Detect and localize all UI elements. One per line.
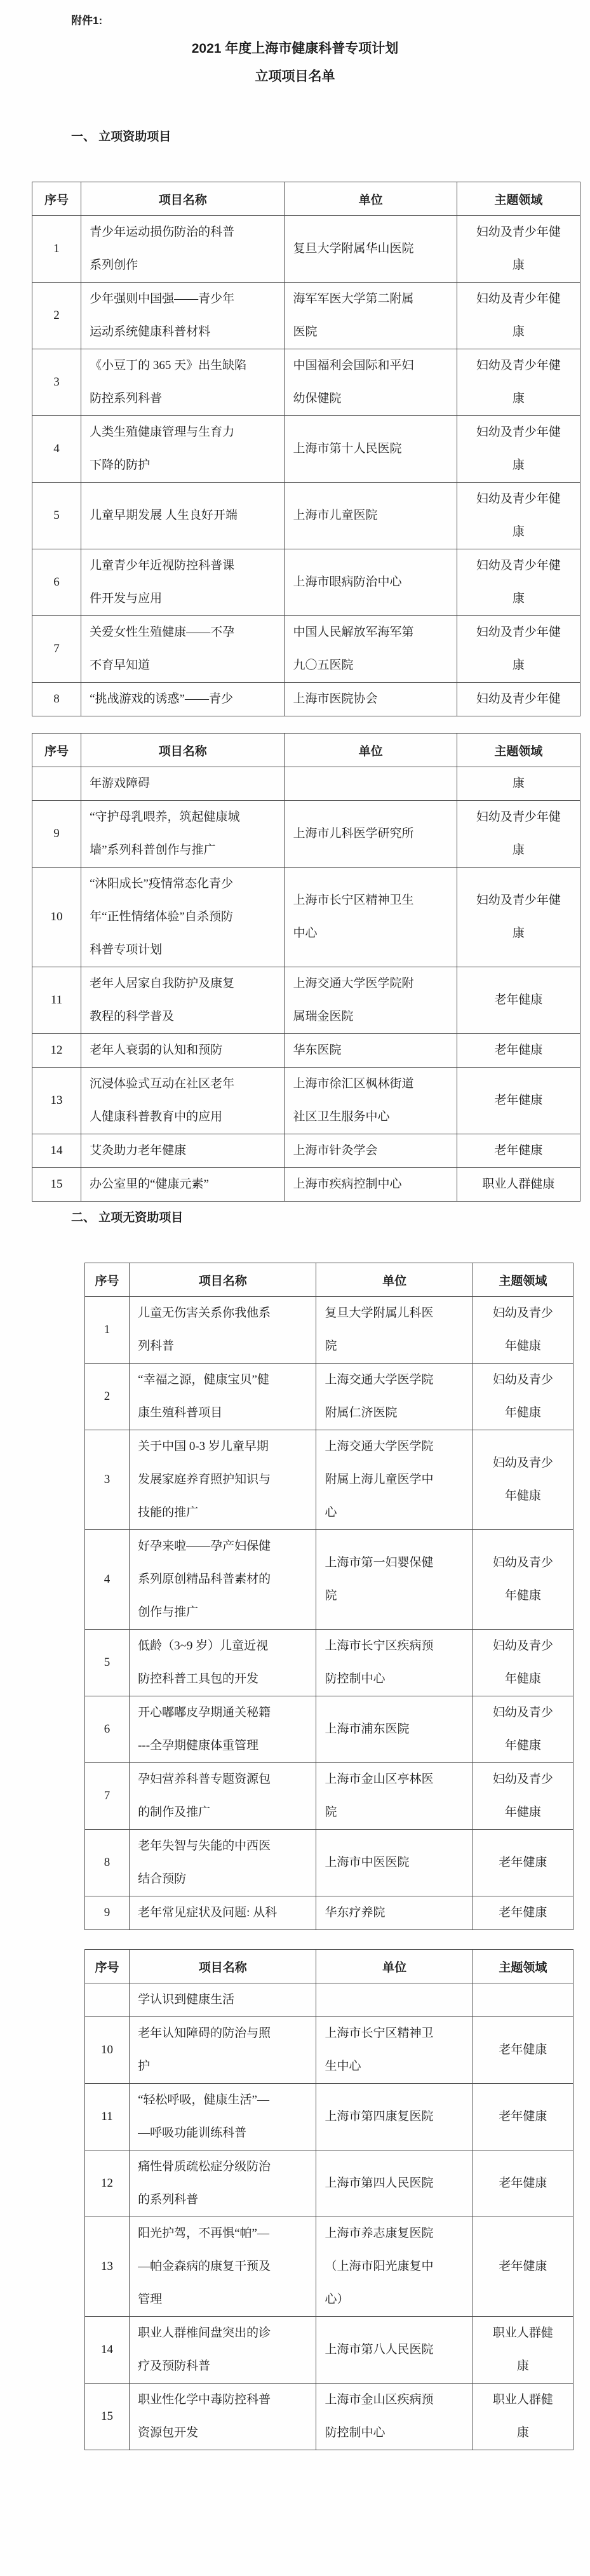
table-row: 5低龄（3~9 岁）儿童近视防控科普工具包的开发上海市长宁区疾病预防控制中心妇幼… xyxy=(85,1630,573,1696)
cell-unit: 复旦大学附属儿科医院 xyxy=(316,1297,473,1364)
cell-serial-number: 2 xyxy=(85,1364,130,1430)
cell-text-line: 8 xyxy=(85,1846,129,1879)
cell-text-line: 华东医院 xyxy=(285,1034,456,1067)
cell-text-line: 康生殖科普项目 xyxy=(130,1397,316,1430)
column-header: 单位 xyxy=(285,734,457,767)
cell-text-line: 1 xyxy=(32,232,81,265)
cell-unit: 上海市第八人民医院 xyxy=(316,2317,473,2384)
cell-text-line: 上海市第十人民医院 xyxy=(285,433,456,466)
cell-theme-area: 妇幼及青少年健康 xyxy=(457,801,580,868)
project-table: 序号项目名称单位主题领域1青少年运动损伤防治的科普系列创作复旦大学附属华山医院妇… xyxy=(32,182,580,716)
cell-serial-number: 4 xyxy=(85,1530,130,1630)
cell-text-line: “幸福之源，健康宝贝”健 xyxy=(130,1364,316,1397)
cell-serial-number: 10 xyxy=(32,868,81,967)
cell-text-line: 老年健康 xyxy=(473,2167,573,2200)
cell-text-line: 9 xyxy=(32,817,81,850)
cell-text-line: 防控科普工具包的开发 xyxy=(130,1663,316,1696)
cell-text-line: 1 xyxy=(85,1313,129,1346)
cell-theme-area: 职业人群健康 xyxy=(473,2317,573,2384)
cell-unit: 上海市针灸学会 xyxy=(285,1134,457,1168)
cell-text-line: 妇幼及青少年健 xyxy=(457,216,580,249)
cell-text-line: 老年健康 xyxy=(457,1134,580,1167)
cell-serial-number xyxy=(32,767,81,801)
cell-unit: 上海市金山区疾病预防控制中心 xyxy=(316,2384,473,2450)
cell-text-line: 妇幼及青少年健 xyxy=(457,549,580,582)
table-row: 6儿童青少年近视防控科普课件开发与应用上海市眼病防治中心妇幼及青少年健康 xyxy=(32,549,580,616)
cell-text-line: ---全孕期健康体重管理 xyxy=(130,1729,316,1762)
cell-theme-area: 老年健康 xyxy=(473,1830,573,1896)
cell-project-name: 儿童青少年近视防控科普课件开发与应用 xyxy=(81,549,285,616)
cell-unit: 海军军医大学第二附属医院 xyxy=(285,283,457,349)
cell-text-line: 上海市眼病防治中心 xyxy=(285,566,456,599)
cell-text-line: 下降的防护 xyxy=(81,449,284,482)
cell-text-line: 职业人群健 xyxy=(473,2317,573,2350)
cell-text-line: 妇幼及青少 xyxy=(473,1297,573,1330)
cell-text-line: 康 xyxy=(457,582,580,615)
cell-unit: 上海市养志康复医院（上海市阳光康复中心） xyxy=(316,2217,473,2317)
table-header-row: 序号项目名称单位主题领域 xyxy=(32,182,580,216)
cell-serial-number: 14 xyxy=(32,1134,81,1168)
cell-text-line: 2 xyxy=(32,299,81,332)
cell-text-line: 15 xyxy=(32,1168,81,1201)
cell-text-line: 的系列科普 xyxy=(130,2184,316,2217)
cell-text-line: 康 xyxy=(457,834,580,867)
table-header-row: 序号项目名称单位主题领域 xyxy=(85,1263,573,1297)
cell-serial-number: 13 xyxy=(32,1068,81,1134)
cell-text-line: 年健康 xyxy=(473,1480,573,1513)
cell-text-line: 属瑞金医院 xyxy=(285,1000,456,1033)
table-row: 11“轻松呼吸，健康生活”——呼吸功能训练科普上海市第四康复医院老年健康 xyxy=(85,2084,573,2150)
column-header: 项目名称 xyxy=(81,182,285,216)
cell-text-line: 关爱女性生殖健康——不孕 xyxy=(81,616,284,649)
cell-serial-number: 15 xyxy=(32,1168,81,1202)
cell-text-line: 上海市浦东医院 xyxy=(316,1713,472,1746)
cell-theme-area: 妇幼及青少年健康 xyxy=(457,283,580,349)
cell-text-line: 4 xyxy=(32,433,81,466)
cell-text-line: 老年人居家自我防护及康复 xyxy=(81,967,284,1000)
cell-serial-number: 9 xyxy=(85,1896,130,1930)
cell-theme-area: 妇幼及青少年健康 xyxy=(457,868,580,967)
cell-text-line: 职业人群健 xyxy=(473,2384,573,2417)
cell-text-line: —帕金森病的康复干预及 xyxy=(130,2250,316,2283)
cell-serial-number xyxy=(85,1983,130,2017)
cell-text-line: 妇幼及青少 xyxy=(473,1447,573,1480)
cell-project-name: 老年认知障碍的防治与照护 xyxy=(130,2017,316,2084)
cell-text-line: 管理 xyxy=(130,2283,316,2316)
cell-text-line: 防控系列科普 xyxy=(81,382,284,415)
unfunded-projects-table-part2: 序号项目名称单位主题领域学认识到健康生活10老年认知障碍的防治与照护上海市长宁区… xyxy=(84,1949,573,2450)
cell-text-line: 资源包开发 xyxy=(130,2417,316,2450)
table-row: 10“沐阳成长”疫情常态化青少年“正性情绪体验”自杀预防科普专项计划上海市长宁区… xyxy=(32,868,580,967)
cell-unit: 上海市金山区亭林医院 xyxy=(316,1763,473,1830)
cell-text-line: 妇幼及青少 xyxy=(473,1546,573,1580)
cell-text-line: 社区卫生服务中心 xyxy=(285,1101,456,1134)
table-row: 4人类生殖健康管理与生育力下降的防护上海市第十人民医院妇幼及青少年健康 xyxy=(32,416,580,483)
cell-text-line: 7 xyxy=(85,1780,129,1813)
cell-project-name: “挑战游戏的诱惑”——青少 xyxy=(81,683,285,716)
cell-text-line: 院 xyxy=(316,1330,472,1363)
cell-project-name: 低龄（3~9 岁）儿童近视防控科普工具包的开发 xyxy=(130,1630,316,1696)
unfunded-projects-table-part1: 序号项目名称单位主题领域1儿童无伤害关系你我他系列科普复旦大学附属儿科医院妇幼及… xyxy=(84,1263,573,1930)
cell-text-line: 护 xyxy=(130,2050,316,2083)
cell-text-line: 上海市金山区亭林医 xyxy=(316,1763,472,1796)
cell-unit: 上海交通大学医学院附属瑞金医院 xyxy=(285,967,457,1034)
table-row: 4好孕来啦——孕产妇保健系列原创精品科普素材的创作与推广上海市第一妇婴保健院妇幼… xyxy=(85,1530,573,1630)
cell-text-line: 妇幼及青少年健 xyxy=(457,349,580,382)
cell-text-line: 康 xyxy=(457,249,580,282)
cell-text-line: “轻松呼吸，健康生活”— xyxy=(130,2084,316,2117)
cell-text-line: 列科普 xyxy=(130,1330,316,1363)
cell-unit: 上海市儿童医院 xyxy=(285,483,457,549)
cell-theme-area: 老年健康 xyxy=(473,2217,573,2317)
cell-text-line: 关于中国 0-3 岁儿童早期 xyxy=(130,1430,316,1463)
cell-text-line: 3 xyxy=(32,366,81,399)
cell-unit xyxy=(316,1983,473,2017)
cell-unit: 复旦大学附属华山医院 xyxy=(285,216,457,283)
cell-text-line: 职业人群健康 xyxy=(457,1168,580,1201)
cell-unit: 华东疗养院 xyxy=(316,1896,473,1930)
cell-text-line: 上海市长宁区精神卫 xyxy=(316,2017,472,2050)
cell-text-line: 妇幼及青少 xyxy=(473,1763,573,1796)
cell-text-line: 康 xyxy=(457,316,580,349)
cell-text-line xyxy=(285,767,456,800)
column-header: 主题领域 xyxy=(457,734,580,767)
cell-unit: 华东医院 xyxy=(285,1034,457,1068)
cell-theme-area: 康 xyxy=(457,767,580,801)
cell-text-line: 老年健康 xyxy=(473,2250,573,2283)
cell-text-line: 办公室里的“健康元素” xyxy=(81,1168,284,1201)
table-header-row: 序号项目名称单位主题领域 xyxy=(32,734,580,767)
column-header: 序号 xyxy=(85,1263,130,1297)
cell-unit: 上海市第四人民医院 xyxy=(316,2150,473,2217)
cell-theme-area: 老年健康 xyxy=(457,1134,580,1168)
cell-text-line: 青少年运动损伤防治的科普 xyxy=(81,216,284,249)
cell-unit: 上海市眼病防治中心 xyxy=(285,549,457,616)
cell-text-line: 老年健康 xyxy=(457,1034,580,1067)
cell-theme-area: 妇幼及青少年健康 xyxy=(473,1763,573,1830)
table-row: 8“挑战游戏的诱惑”——青少上海市医院协会妇幼及青少年健 xyxy=(32,683,580,716)
cell-theme-area: 老年健康 xyxy=(473,1896,573,1930)
cell-theme-area: 老年健康 xyxy=(457,1068,580,1134)
cell-text-line: 沉浸体验式互动在社区老年 xyxy=(81,1068,284,1101)
section-heading-funded: 一、 立项资助项目 xyxy=(71,128,590,146)
table-row: 12痛性骨质疏松症分级防治的系列科普上海市第四人民医院老年健康 xyxy=(85,2150,573,2217)
table-row: 3《小豆丁的 365 天》出生缺陷防控系列科普中国福利会国际和平妇幼保健院妇幼及… xyxy=(32,349,580,416)
cell-unit: 上海市徐汇区枫林街道社区卫生服务中心 xyxy=(285,1068,457,1134)
cell-serial-number: 11 xyxy=(85,2084,130,2150)
cell-text-line: 妇幼及青少 xyxy=(473,1364,573,1397)
cell-text-line: 老年健康 xyxy=(473,1896,573,1929)
cell-text-line: 康 xyxy=(473,2350,573,2383)
cell-text-line: 疗及预防科普 xyxy=(130,2350,316,2383)
cell-theme-area: 老年健康 xyxy=(457,967,580,1034)
column-header: 项目名称 xyxy=(130,1950,316,1983)
cell-project-name: “轻松呼吸，健康生活”——呼吸功能训练科普 xyxy=(130,2084,316,2150)
cell-text-line: 上海交通大学医学院 xyxy=(316,1430,472,1463)
cell-text-line: 中国福利会国际和平妇 xyxy=(285,349,456,382)
cell-text-line: 年健康 xyxy=(473,1580,573,1613)
cell-unit: 上海交通大学医学院附属仁济医院 xyxy=(316,1364,473,1430)
cell-text-line: 9 xyxy=(85,1896,129,1929)
table-row: 7孕妇营养科普专题资源包的制作及推广上海市金山区亭林医院妇幼及青少年健康 xyxy=(85,1763,573,1830)
cell-serial-number: 7 xyxy=(32,616,81,683)
cell-text-line: 附属仁济医院 xyxy=(316,1397,472,1430)
cell-text-line: 11 xyxy=(85,2100,129,2133)
cell-text-line: 开心嘟嘟皮孕期通关秘籍 xyxy=(130,1696,316,1729)
table-row: 14艾灸助力老年健康上海市针灸学会老年健康 xyxy=(32,1134,580,1168)
cell-project-name: 老年人居家自我防护及康复教程的科学普及 xyxy=(81,967,285,1034)
column-header: 序号 xyxy=(32,734,81,767)
cell-text-line xyxy=(316,1983,472,2016)
cell-text-line: 结合预防 xyxy=(130,1863,316,1896)
cell-text-line: 老年健康 xyxy=(473,1846,573,1879)
cell-text-line: 4 xyxy=(85,1563,129,1596)
cell-text-line: 12 xyxy=(32,1034,81,1067)
attachment-label: 附件1: xyxy=(71,13,590,29)
cell-text-line: 儿童无伤害关系你我他系 xyxy=(130,1297,316,1330)
cell-text-line: 教程的科学普及 xyxy=(81,1000,284,1033)
cell-text-line: 8 xyxy=(32,683,81,716)
column-header: 序号 xyxy=(32,182,81,216)
cell-text-line: 年“正性情绪体验”自杀预防 xyxy=(81,901,284,934)
table-row: 9“守护母乳喂养，筑起健康城墙”系列科普创作与推广上海市儿科医学研究所妇幼及青少… xyxy=(32,801,580,868)
cell-text-line: 九〇五医院 xyxy=(285,649,456,682)
table-row: 6开心嘟嘟皮孕期通关秘籍---全孕期健康体重管理上海市浦东医院妇幼及青少年健康 xyxy=(85,1696,573,1763)
cell-text-line: 上海市中医医院 xyxy=(316,1846,472,1879)
cell-text-line: 心） xyxy=(316,2283,472,2316)
cell-unit: 中国人民解放军海军第九〇五医院 xyxy=(285,616,457,683)
cell-project-name: 关爱女性生殖健康——不孕不育早知道 xyxy=(81,616,285,683)
table-row: 12老年人衰弱的认知和预防华东医院老年健康 xyxy=(32,1034,580,1068)
cell-theme-area xyxy=(473,1983,573,2017)
table-row: 3关于中国 0-3 岁儿童早期发展家庭养育照护知识与技能的推广上海交通大学医学院… xyxy=(85,1430,573,1530)
cell-serial-number: 13 xyxy=(85,2217,130,2317)
document-page: 附件1: 2021 年度上海市健康科普专项计划 立项项目名单 一、 立项资助项目… xyxy=(0,0,590,2450)
cell-unit: 上海市医院协会 xyxy=(285,683,457,716)
cell-text-line: 5 xyxy=(85,1646,129,1679)
cell-serial-number: 11 xyxy=(32,967,81,1034)
cell-theme-area: 老年健康 xyxy=(473,2084,573,2150)
table-row: 15办公室里的“健康元素”上海市疾病控制中心职业人群健康 xyxy=(32,1168,580,1202)
cell-theme-area: 妇幼及青少年健康 xyxy=(457,349,580,416)
cell-theme-area: 妇幼及青少年健康 xyxy=(457,549,580,616)
cell-serial-number: 15 xyxy=(85,2384,130,2450)
project-table: 序号项目名称单位主题领域1儿童无伤害关系你我他系列科普复旦大学附属儿科医院妇幼及… xyxy=(84,1263,573,1930)
cell-serial-number: 2 xyxy=(32,283,81,349)
cell-project-name: 青少年运动损伤防治的科普系列创作 xyxy=(81,216,285,283)
cell-text-line: “守护母乳喂养，筑起健康城 xyxy=(81,801,284,834)
cell-project-name: “守护母乳喂养，筑起健康城墙”系列科普创作与推广 xyxy=(81,801,285,868)
cell-unit: 上海市儿科医学研究所 xyxy=(285,801,457,868)
cell-text-line: 上海市徐汇区枫林街道 xyxy=(285,1068,456,1101)
document-title-line1: 2021 年度上海市健康科普专项计划 xyxy=(0,38,590,60)
cell-text-line: 年健康 xyxy=(473,1663,573,1696)
cell-text-line: 老年失智与失能的中西医 xyxy=(130,1830,316,1863)
cell-text-line: 少年强则中国强——青少年 xyxy=(81,283,284,316)
cell-unit: 中国福利会国际和平妇幼保健院 xyxy=(285,349,457,416)
column-header: 单位 xyxy=(316,1950,473,1983)
cell-serial-number: 7 xyxy=(85,1763,130,1830)
cell-text-line: 康 xyxy=(457,767,580,800)
cell-text-line: 上海市第一妇婴保健 xyxy=(316,1546,472,1580)
cell-text-line: 院 xyxy=(316,1580,472,1613)
cell-project-name: 开心嘟嘟皮孕期通关秘籍---全孕期健康体重管理 xyxy=(130,1696,316,1763)
cell-unit: 上海市长宁区精神卫生中心 xyxy=(316,2017,473,2084)
cell-text-line: 职业人群椎间盘突出的诊 xyxy=(130,2317,316,2350)
cell-text-line: 科普专项计划 xyxy=(81,934,284,967)
cell-project-name: 少年强则中国强——青少年运动系统健康科普材料 xyxy=(81,283,285,349)
cell-text-line: 艾灸助力老年健康 xyxy=(81,1134,284,1167)
cell-text-line: 上海市第四人民医院 xyxy=(316,2167,472,2200)
section-heading-unfunded: 二、 立项无资助项目 xyxy=(71,1209,590,1227)
cell-text-line: 上海市针灸学会 xyxy=(285,1134,456,1167)
cell-theme-area: 老年健康 xyxy=(473,2017,573,2084)
cell-serial-number: 3 xyxy=(32,349,81,416)
cell-text-line: 职业性化学中毒防控科普 xyxy=(130,2384,316,2417)
table-row: 7关爱女性生殖健康——不孕不育早知道中国人民解放军海军第九〇五医院妇幼及青少年健… xyxy=(32,616,580,683)
cell-text-line: 11 xyxy=(32,984,81,1017)
cell-text-line: 康 xyxy=(457,649,580,682)
cell-text-line: 件开发与应用 xyxy=(81,582,284,615)
cell-serial-number: 4 xyxy=(32,416,81,483)
cell-text-line: 创作与推广 xyxy=(130,1596,316,1629)
cell-theme-area: 妇幼及青少年健 xyxy=(457,683,580,716)
cell-text-line: 康 xyxy=(457,382,580,415)
cell-theme-area: 职业人群健康 xyxy=(473,2384,573,2450)
cell-text-line: 年健康 xyxy=(473,1729,573,1762)
cell-serial-number: 6 xyxy=(85,1696,130,1763)
cell-text-line: 妇幼及青少年健 xyxy=(457,616,580,649)
cell-text-line: “挑战游戏的诱惑”——青少 xyxy=(81,683,284,716)
cell-text-line: 复旦大学附属儿科医 xyxy=(316,1297,472,1330)
cell-project-name: 儿童无伤害关系你我他系列科普 xyxy=(130,1297,316,1364)
cell-project-name: 办公室里的“健康元素” xyxy=(81,1168,285,1202)
column-header: 主题领域 xyxy=(473,1263,573,1297)
table-header-row: 序号项目名称单位主题领域 xyxy=(85,1950,573,1983)
cell-text-line: 10 xyxy=(32,901,81,934)
cell-text-line: 年健康 xyxy=(473,1330,573,1363)
cell-text-line: 老年健康 xyxy=(473,2100,573,2133)
cell-project-name: 艾灸助力老年健康 xyxy=(81,1134,285,1168)
cell-project-name: “沐阳成长”疫情常态化青少年“正性情绪体验”自杀预防科普专项计划 xyxy=(81,868,285,967)
cell-text-line: 14 xyxy=(32,1134,81,1167)
cell-text-line: 中心 xyxy=(285,917,456,950)
cell-text-line: 低龄（3~9 岁）儿童近视 xyxy=(130,1630,316,1663)
cell-project-name: 职业性化学中毒防控科普资源包开发 xyxy=(130,2384,316,2450)
cell-text-line: 儿童青少年近视防控科普课 xyxy=(81,549,284,582)
funded-projects-table-part2: 序号项目名称单位主题领域年游戏障碍康9“守护母乳喂养，筑起健康城墙”系列科普创作… xyxy=(32,733,580,1202)
cell-text-line: 人类生殖健康管理与生育力 xyxy=(81,416,284,449)
cell-text-line: 阳光护驾，不再惧“帕”— xyxy=(130,2217,316,2250)
cell-project-name: 年游戏障碍 xyxy=(81,767,285,801)
cell-text-line: 7 xyxy=(32,633,81,666)
cell-text-line: 孕妇营养科普专题资源包 xyxy=(130,1763,316,1796)
column-header: 项目名称 xyxy=(130,1263,316,1297)
cell-text-line: 妇幼及青少年健 xyxy=(457,683,580,716)
cell-project-name: 老年失智与失能的中西医结合预防 xyxy=(130,1830,316,1896)
cell-unit: 上海市中医医院 xyxy=(316,1830,473,1896)
table-row: 14职业人群椎间盘突出的诊疗及预防科普上海市第八人民医院职业人群健康 xyxy=(85,2317,573,2384)
cell-text-line: 康 xyxy=(457,449,580,482)
table-row: 10老年认知障碍的防治与照护上海市长宁区精神卫生中心老年健康 xyxy=(85,2017,573,2084)
table-row: 2“幸福之源，健康宝贝”健康生殖科普项目上海交通大学医学院附属仁济医院妇幼及青少… xyxy=(85,1364,573,1430)
cell-text-line: 2 xyxy=(85,1380,129,1413)
cell-unit: 上海市第四康复医院 xyxy=(316,2084,473,2150)
cell-text-line: 妇幼及青少年健 xyxy=(457,416,580,449)
cell-text-line: 技能的推广 xyxy=(130,1496,316,1529)
cell-text-line: 生中心 xyxy=(316,2050,472,2083)
cell-serial-number: 1 xyxy=(85,1297,130,1364)
cell-text-line: 中国人民解放军海军第 xyxy=(285,616,456,649)
cell-text-line: 上海市长宁区精神卫生 xyxy=(285,884,456,917)
cell-text-line: 儿童早期发展 人生良好开端 xyxy=(81,499,284,532)
cell-project-name: 痛性骨质疏松症分级防治的系列科普 xyxy=(130,2150,316,2217)
cell-text-line: 的制作及推广 xyxy=(130,1796,316,1829)
cell-unit: 上海市第十人民医院 xyxy=(285,416,457,483)
column-header: 序号 xyxy=(85,1950,130,1983)
column-header: 单位 xyxy=(285,182,457,216)
column-header: 主题领域 xyxy=(457,182,580,216)
cell-theme-area: 妇幼及青少年健康 xyxy=(473,1630,573,1696)
cell-theme-area: 老年健康 xyxy=(473,2150,573,2217)
cell-text-line: “沐阳成长”疫情常态化青少 xyxy=(81,868,284,901)
cell-theme-area: 职业人群健康 xyxy=(457,1168,580,1202)
cell-project-name: 《小豆丁的 365 天》出生缺陷防控系列科普 xyxy=(81,349,285,416)
cell-text-line: 防控制中心 xyxy=(316,2417,472,2450)
cell-text-line: 上海市医院协会 xyxy=(285,683,456,716)
table-row: 5儿童早期发展 人生良好开端上海市儿童医院妇幼及青少年健康 xyxy=(32,483,580,549)
table-row: 1青少年运动损伤防治的科普系列创作复旦大学附属华山医院妇幼及青少年健康 xyxy=(32,216,580,283)
cell-text-line: 上海市长宁区疾病预 xyxy=(316,1630,472,1663)
cell-text-line: —呼吸功能训练科普 xyxy=(130,2117,316,2150)
cell-text-line: 院 xyxy=(316,1796,472,1829)
cell-project-name: 阳光护驾，不再惧“帕”——帕金森病的康复干预及管理 xyxy=(130,2217,316,2317)
cell-theme-area: 妇幼及青少年健康 xyxy=(457,616,580,683)
cell-text-line: 上海市疾病控制中心 xyxy=(285,1168,456,1201)
cell-project-name: 好孕来啦——孕产妇保健系列原创精品科普素材的创作与推广 xyxy=(130,1530,316,1630)
cell-text-line: 复旦大学附属华山医院 xyxy=(285,232,456,265)
cell-text-line: 15 xyxy=(85,2400,129,2433)
cell-text-line: 上海市养志康复医院 xyxy=(316,2217,472,2250)
cell-text-line: 年健康 xyxy=(473,1796,573,1829)
cell-project-name: 沉浸体验式互动在社区老年人健康科普教育中的应用 xyxy=(81,1068,285,1134)
cell-text-line: 上海市金山区疾病预 xyxy=(316,2384,472,2417)
cell-text-line: 防控制中心 xyxy=(316,1663,472,1696)
cell-project-name: 儿童早期发展 人生良好开端 xyxy=(81,483,285,549)
cell-text-line: 《小豆丁的 365 天》出生缺陷 xyxy=(81,349,284,382)
cell-theme-area: 妇幼及青少年健康 xyxy=(473,1530,573,1630)
cell-theme-area: 妇幼及青少年健康 xyxy=(457,416,580,483)
cell-serial-number: 8 xyxy=(32,683,81,716)
cell-text-line: 幼保健院 xyxy=(285,382,456,415)
table-row: 学认识到健康生活 xyxy=(85,1983,573,2017)
cell-text-line: 12 xyxy=(85,2167,129,2200)
cell-unit xyxy=(285,767,457,801)
column-header: 主题领域 xyxy=(473,1950,573,1983)
cell-project-name: 关于中国 0-3 岁儿童早期发展家庭养育照护知识与技能的推广 xyxy=(130,1430,316,1530)
table-row: 8老年失智与失能的中西医结合预防上海市中医医院老年健康 xyxy=(85,1830,573,1896)
cell-theme-area: 妇幼及青少年健康 xyxy=(473,1297,573,1364)
cell-text-line: 妇幼及青少 xyxy=(473,1630,573,1663)
cell-serial-number: 10 xyxy=(85,2017,130,2084)
cell-project-name: “幸福之源，健康宝贝”健康生殖科普项目 xyxy=(130,1364,316,1430)
cell-serial-number: 3 xyxy=(85,1430,130,1530)
cell-text-line: 5 xyxy=(32,499,81,532)
project-table: 序号项目名称单位主题领域学认识到健康生活10老年认知障碍的防治与照护上海市长宁区… xyxy=(84,1949,573,2450)
cell-text-line: 上海交通大学医学院附 xyxy=(285,967,456,1000)
cell-text-line xyxy=(85,1983,129,2016)
cell-text-line: 华东疗养院 xyxy=(316,1896,472,1929)
